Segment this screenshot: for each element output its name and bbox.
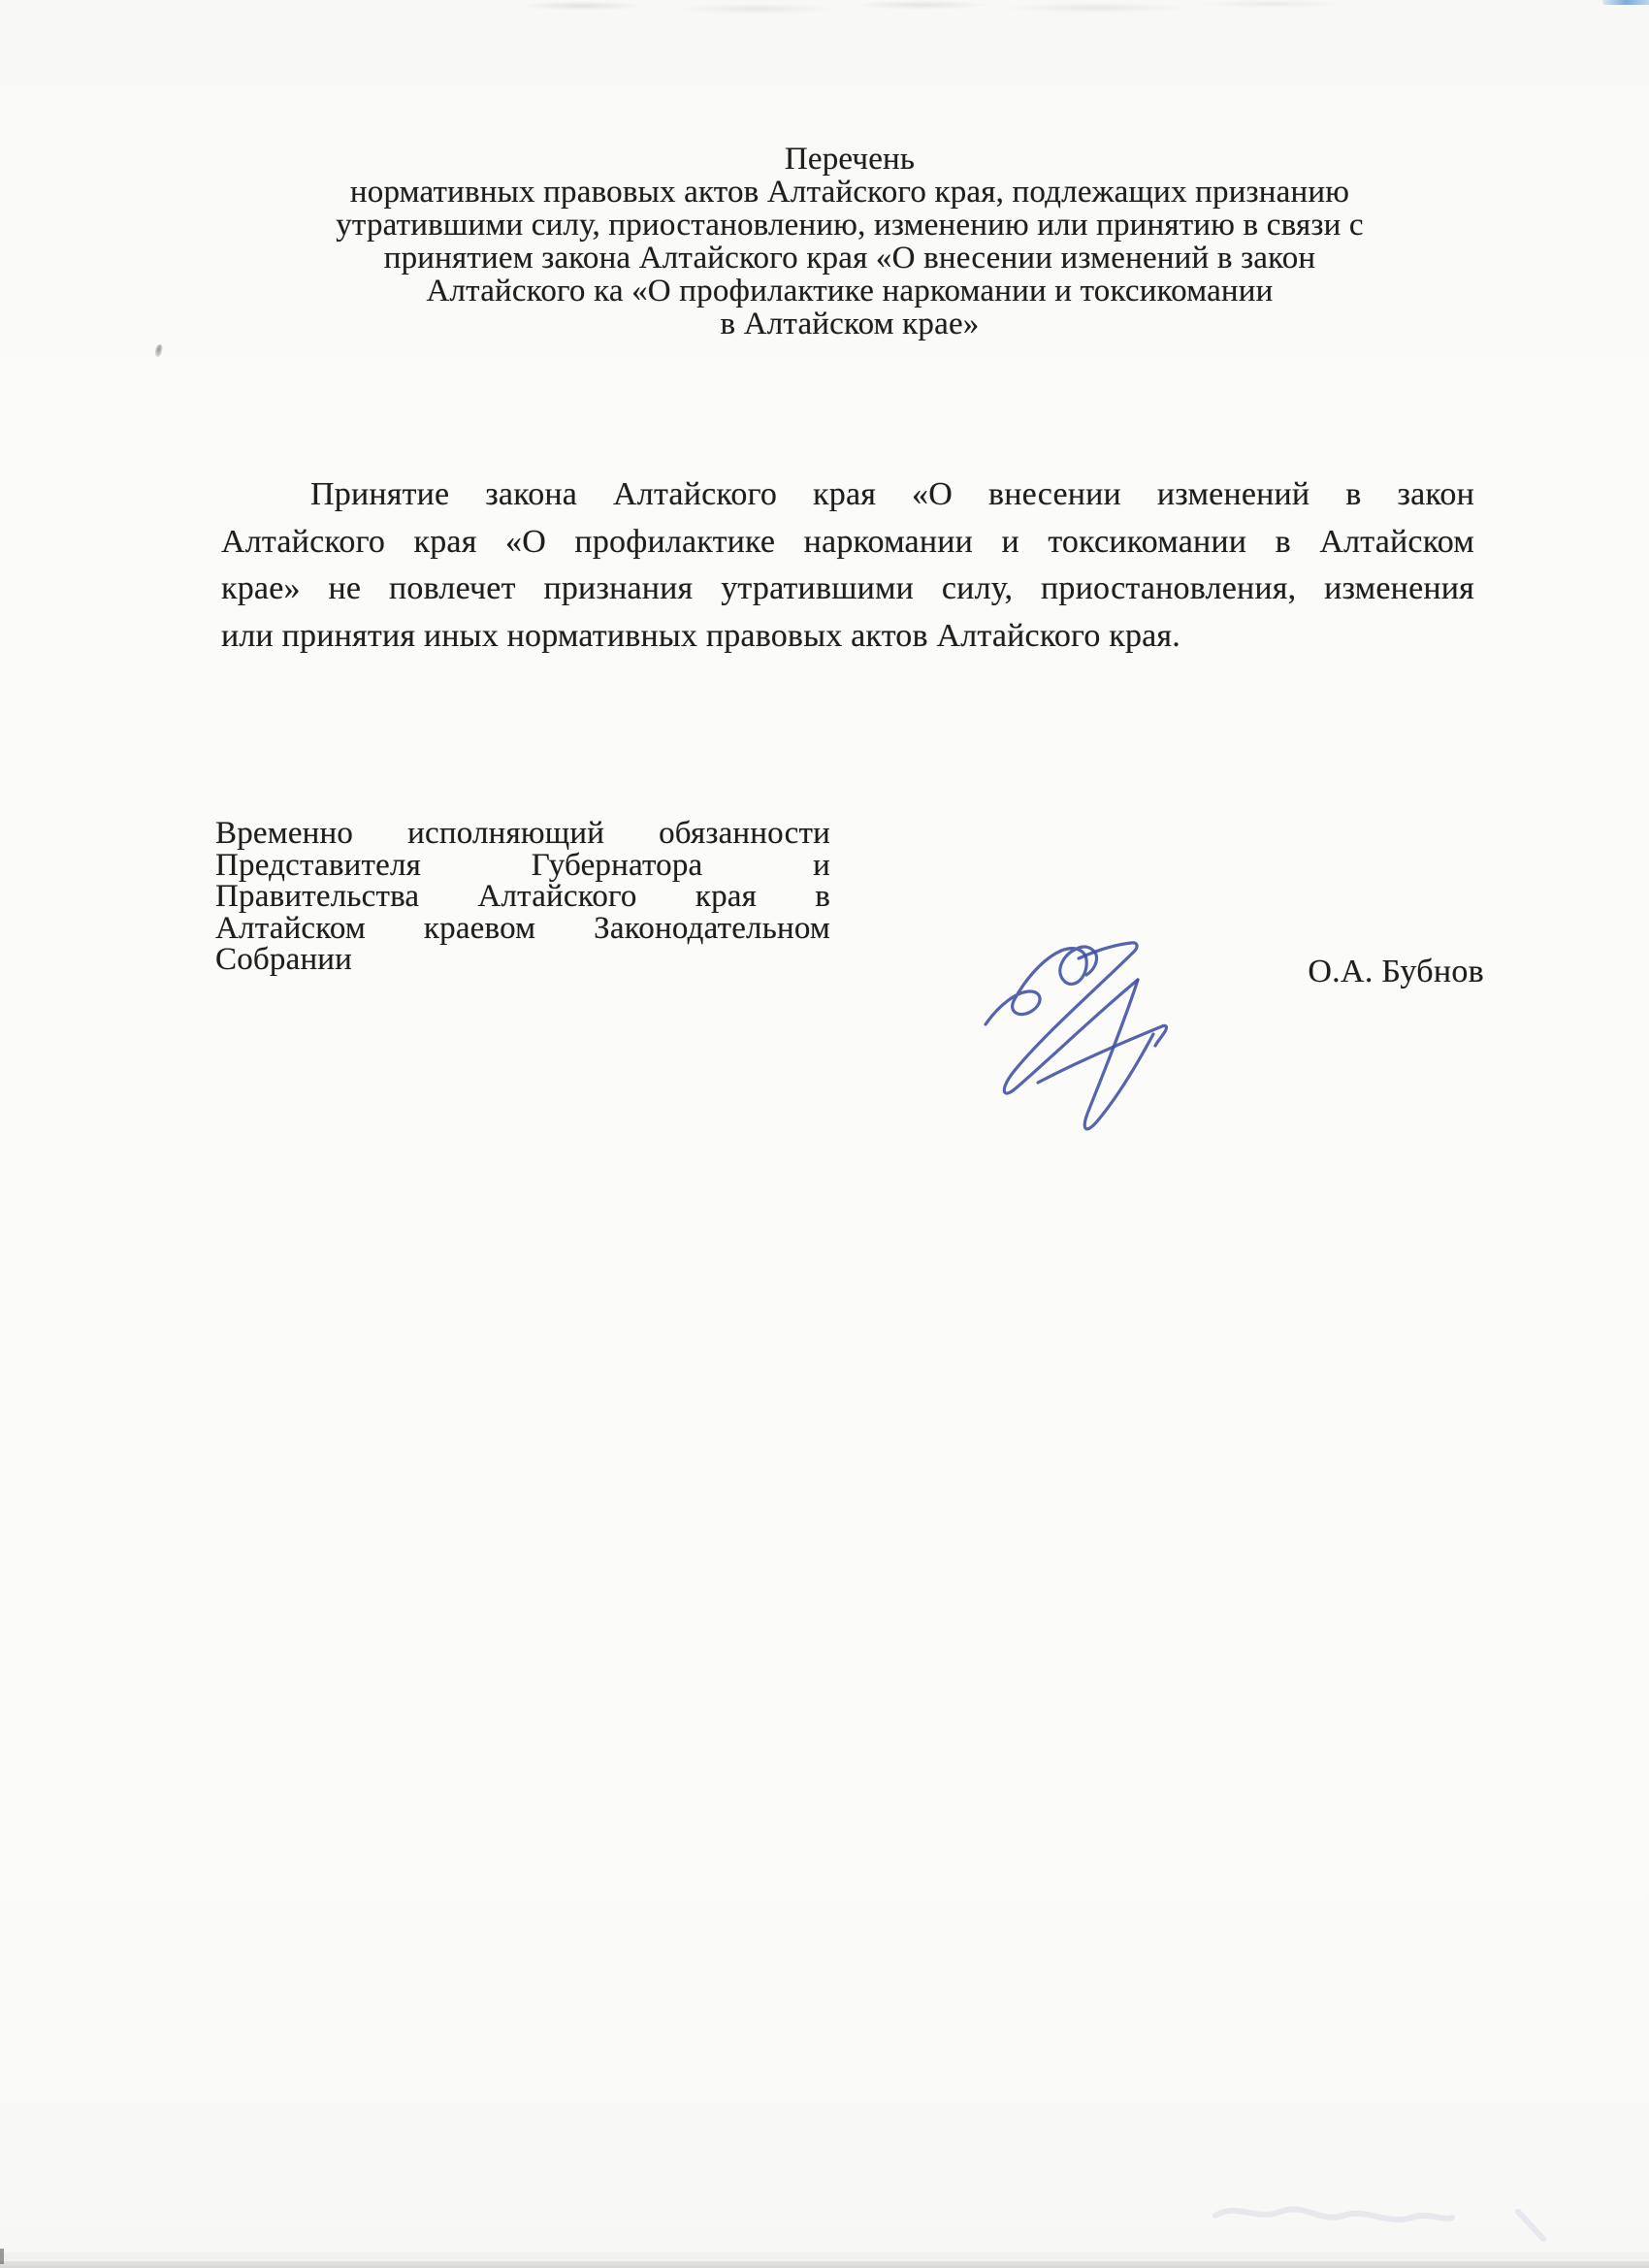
scan-edge-notch-artifact (0, 2249, 4, 2264)
paragraph-line: Принятие закона Алтайского края «О внесе… (221, 471, 1474, 519)
scanned-document-page: Перечень нормативных правовых актов Алта… (0, 0, 1649, 2268)
scan-edge-strip (0, 2252, 1649, 2261)
signatory-position-line: Собрании (215, 944, 830, 976)
title-line: утратившими силу, приостановлению, измен… (217, 209, 1482, 242)
title-line: нормативных правовых актов Алтайского кр… (217, 176, 1482, 209)
scan-ink-imprint-artifact (1198, 2194, 1586, 2248)
signatory-position-line: Алтайском краевом Законодательном (215, 913, 830, 945)
paragraph-line: Алтайского края «О профилактике наркоман… (221, 519, 1474, 567)
body-paragraph: Принятие закона Алтайского края «О внесе… (221, 471, 1474, 660)
scan-edge-shadow (0, 2261, 1649, 2268)
title-line: Перечень (217, 143, 1482, 176)
scan-smudge-artifact (466, 0, 1436, 19)
signatory-position-line: Представителя Губернатора и (215, 850, 830, 882)
signature-ink (982, 929, 1180, 1143)
signatory-position-line: Правительства Алтайского края в (215, 881, 830, 913)
signatory-position-line: Временно исполняющий обязанности (215, 818, 830, 850)
title-line: в Алтайском крае» (217, 308, 1482, 340)
scan-speck-artifact (154, 343, 164, 357)
paragraph-line: или принятия иных нормативных правовых а… (221, 613, 1474, 661)
document-title: Перечень нормативных правовых актов Алта… (217, 143, 1482, 340)
title-line: принятием закона Алтайского края «О внес… (217, 242, 1482, 275)
signer-name: О.А. Бубнов (1212, 954, 1484, 990)
scan-blue-streak-artifact (1602, 0, 1649, 5)
signatory-position-block: Временно исполняющий обязанности Предста… (215, 818, 830, 976)
title-line: Алтайского ка «О профилактике наркомании… (217, 275, 1482, 308)
paragraph-line: крае» не повлечет признания утратившими … (221, 566, 1474, 613)
